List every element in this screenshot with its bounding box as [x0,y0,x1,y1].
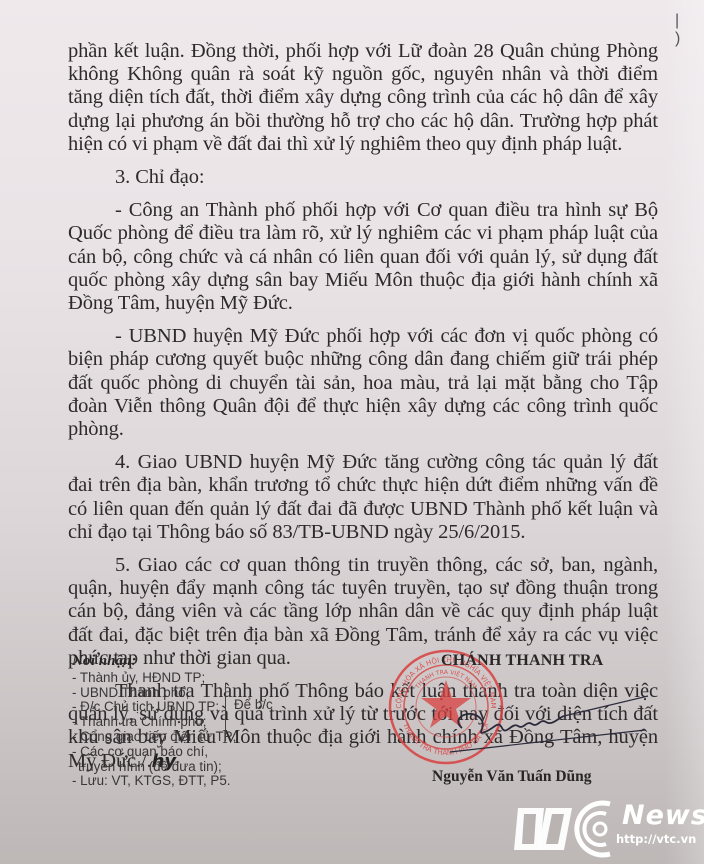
recipient-item: - UBND Thành phố; [72,686,236,701]
signer-title: CHÁNH THANH TRA [441,652,603,670]
recipient-group-note: Để b/c [234,697,273,712]
paragraph-police-directive: - Công an Thành phố phối hợp với Cơ quan… [68,199,658,315]
paragraph-conclusion: phần kết luận. Đồng thời, phối hợp với L… [68,40,658,156]
handwritten-signature-icon [440,688,650,768]
page-shading [664,0,704,864]
margin-marks: |) [675,12,680,48]
recipient-group-bracket [225,683,226,739]
recipient-item: - Thanh tra Chính phủ; [72,715,236,730]
signer-name: Nguyễn Văn Tuấn Dũng [432,768,592,786]
section-3-heading: 3. Chỉ đạo: [68,166,658,189]
recipient-item: - Lưu: VT, KTGS, ĐTT, P5. [72,774,236,789]
watermark-label: News [622,800,704,831]
recipient-item: - Thành ủy, HĐND TP; [72,671,236,686]
section-4-paragraph: 4. Giao UBND huyện Mỹ Đức tăng cường côn… [68,451,658,544]
recipients-block: Nơi nhận: - Thành ủy, HĐND TP; - UBND Th… [72,654,236,789]
recipient-item: - Các cơ quan báo chí, [72,745,236,760]
recipients-title: Nơi nhận: [72,654,236,669]
recipient-item: - Đ/c Chủ tịch UBND TP; [72,700,236,715]
recipient-item: - Cổng giao tiếp điện tử TP; [72,730,236,745]
paragraph-district-directive: - UBND huyện Mỹ Đức phối hợp với các đơn… [68,325,658,441]
recipient-item: truyền hình (để đưa tin); [72,760,236,775]
watermark-url: http://vtc.vn [616,832,696,846]
